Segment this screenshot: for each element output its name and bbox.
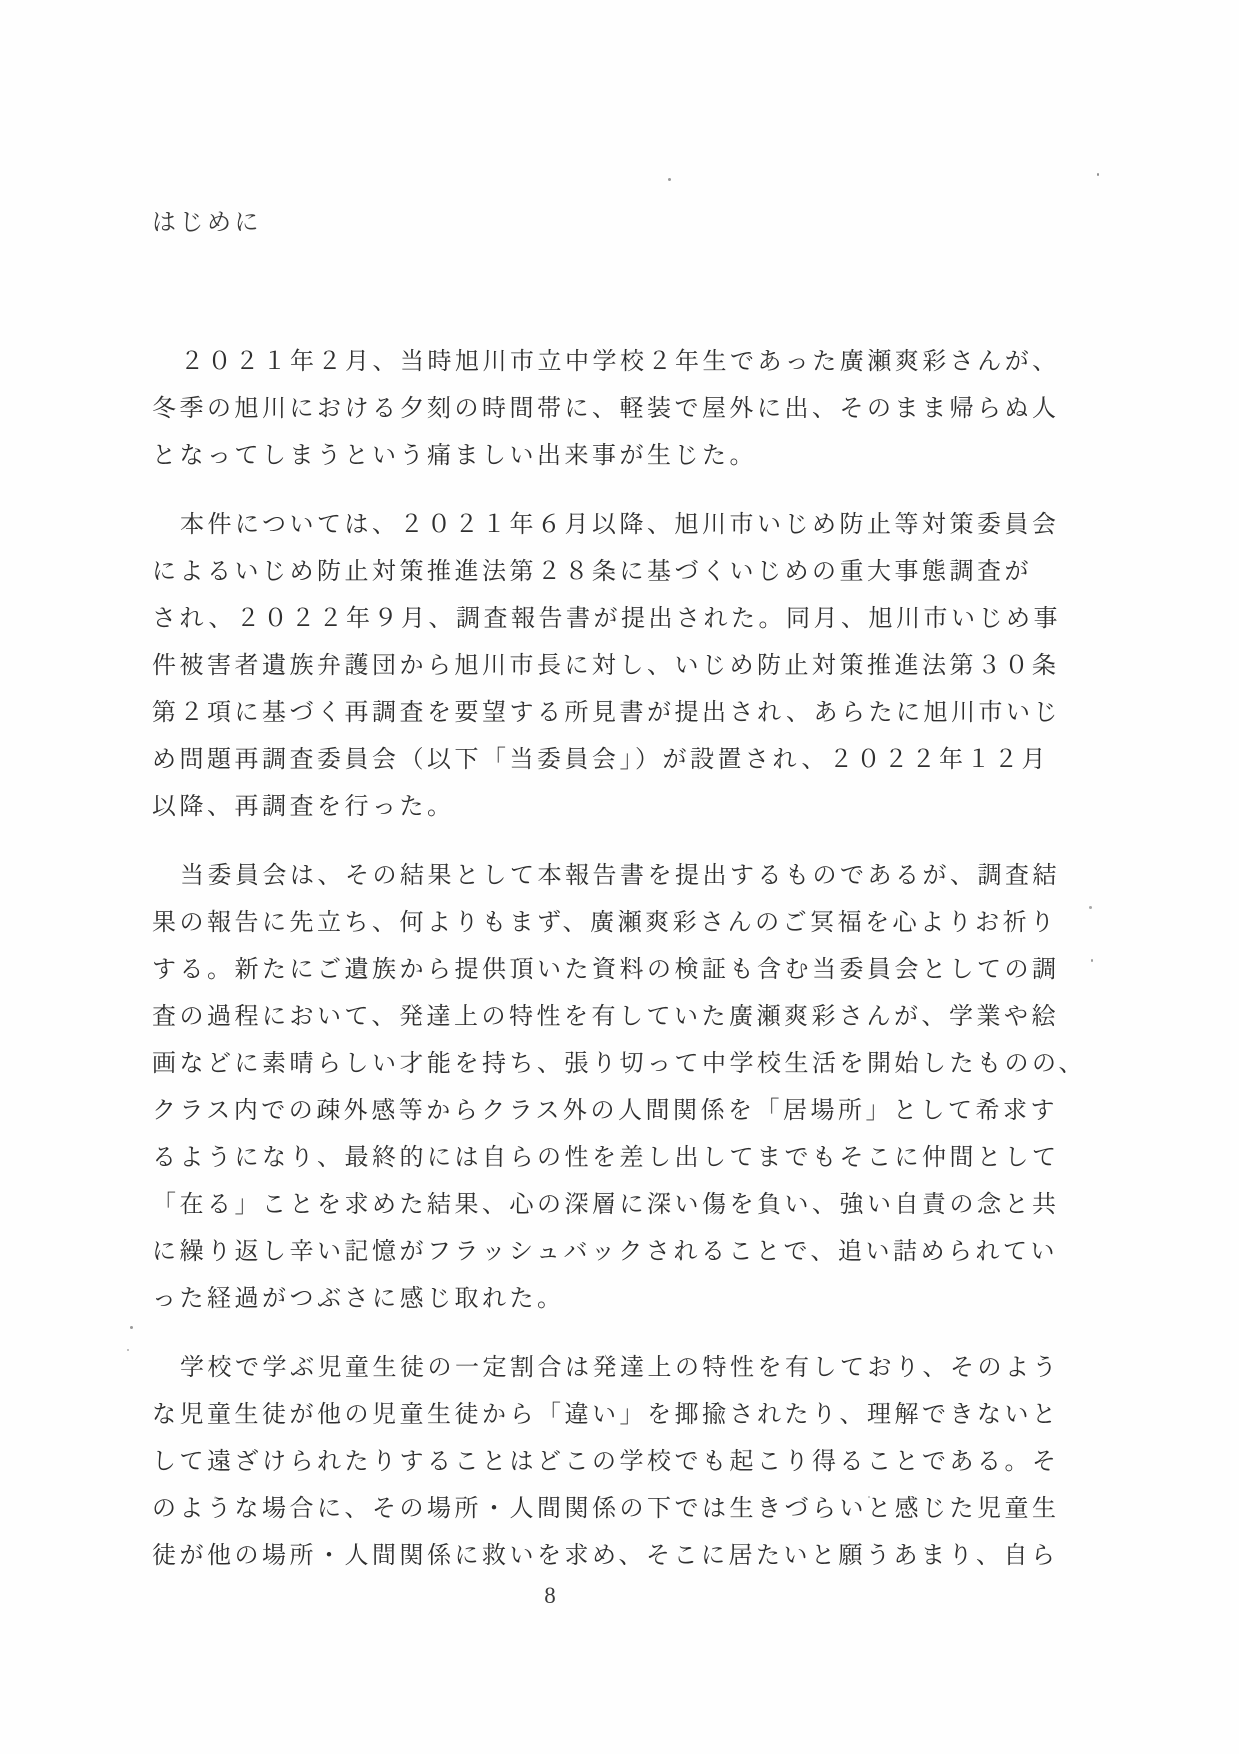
paragraph: 当委員会は、その結果として本報告書を提出するものであるが、調査結 果の報告に先立… bbox=[152, 853, 1077, 1323]
text-line: 当委員会は、その結果として本報告書を提出するものであるが、調査結 bbox=[152, 853, 1077, 900]
text-line: して遠ざけられたりすることはどこの学校でも起こり得ることである。そ bbox=[152, 1439, 1077, 1486]
text-line: った経過がつぶさに感じ取れた。 bbox=[152, 1276, 1077, 1323]
scan-speck bbox=[127, 1349, 129, 1351]
text-line: 果の報告に先立ち、何よりもまず、廣瀬爽彩さんのご冥福を心よりお祈り bbox=[152, 900, 1077, 947]
paragraph: 学校で学ぶ児童生徒の一定割合は発達上の特性を有しており、そのよう な児童生徒が他… bbox=[152, 1345, 1077, 1580]
text-line: 冬季の旭川における夕刻の時間帯に、軽装で屋外に出、そのまま帰らぬ人 bbox=[152, 386, 1077, 433]
text-line: に繰り返し辛い記憶がフラッシュバックされることで、追い詰められてい bbox=[152, 1229, 1077, 1276]
text-line: め問題再調査委員会（以下「当委員会」）が設置され、２０２２年１２月 bbox=[152, 737, 1077, 784]
scan-speck bbox=[868, 1496, 870, 1498]
paragraph: 本件については、２０２１年６月以降、旭川市いじめ防止等対策委員会 によるいじめ防… bbox=[152, 502, 1077, 831]
text-line: する。新たにご遺族から提供頂いた資料の検証も含む当委員会としての調 bbox=[152, 947, 1077, 994]
text-line: 査の過程において、発達上の特性を有していた廣瀬爽彩さんが、学業や絵 bbox=[152, 994, 1077, 1041]
text-line: 本件については、２０２１年６月以降、旭川市いじめ防止等対策委員会 bbox=[152, 502, 1077, 549]
text-line: によるいじめ防止対策推進法第２８条に基づくいじめの重大事態調査が bbox=[152, 549, 1077, 596]
text-line: 学校で学ぶ児童生徒の一定割合は発達上の特性を有しており、そのよう bbox=[152, 1345, 1077, 1392]
text-line: され、２０２２年９月、調査報告書が提出された。同月、旭川市いじめ事 bbox=[152, 596, 1077, 643]
text-line: 第２項に基づく再調査を要望する所見書が提出され、あらたに旭川市いじ bbox=[152, 690, 1077, 737]
text-line: な児童生徒が他の児童生徒から「違い」を揶揄されたり、理解できないと bbox=[152, 1392, 1077, 1439]
text-line: 以降、再調査を行った。 bbox=[152, 784, 1077, 831]
text-line: 「在る」ことを求めた結果、心の深層に深い傷を負い、強い自責の念と共 bbox=[152, 1182, 1077, 1229]
text-line: 画などに素晴らしい才能を持ち、張り切って中学校生活を開始したものの、 bbox=[152, 1041, 1077, 1088]
scan-speck bbox=[1091, 959, 1093, 962]
text-line: るようになり、最終的には自らの性を差し出してまでもそこに仲間として bbox=[152, 1135, 1077, 1182]
scan-speck bbox=[1097, 173, 1099, 176]
page-content: はじめに ２０２１年２月、当時旭川市立中学校２年生であった廣瀬爽彩さんが、 冬季… bbox=[152, 200, 1077, 1580]
text-line: 件被害者遺族弁護団から旭川市長に対し、いじめ防止対策推進法第３０条 bbox=[152, 643, 1077, 690]
text-line: 徒が他の場所・人間関係に救いを求め、そこに居たいと願うあまり、自ら bbox=[152, 1533, 1077, 1580]
scan-speck bbox=[1089, 906, 1092, 909]
document-page: はじめに ２０２１年２月、当時旭川市立中学校２年生であった廣瀬爽彩さんが、 冬季… bbox=[0, 0, 1239, 1754]
page-number: 8 bbox=[528, 1583, 572, 1609]
text-line: となってしまうという痛ましい出来事が生じた。 bbox=[152, 433, 1077, 480]
text-line: クラス内での疎外感等からクラス外の人間関係を「居場所」として希求す bbox=[152, 1088, 1077, 1135]
scan-speck bbox=[668, 178, 671, 181]
paragraph: ２０２１年２月、当時旭川市立中学校２年生であった廣瀬爽彩さんが、 冬季の旭川にお… bbox=[152, 339, 1077, 480]
text-line: のような場合に、その場所・人間関係の下では生きづらいと感じた児童生 bbox=[152, 1486, 1077, 1533]
scan-speck bbox=[130, 1326, 133, 1329]
scan-speck bbox=[214, 1497, 216, 1499]
text-line: ２０２１年２月、当時旭川市立中学校２年生であった廣瀬爽彩さんが、 bbox=[152, 339, 1077, 386]
section-heading: はじめに bbox=[152, 200, 1077, 247]
